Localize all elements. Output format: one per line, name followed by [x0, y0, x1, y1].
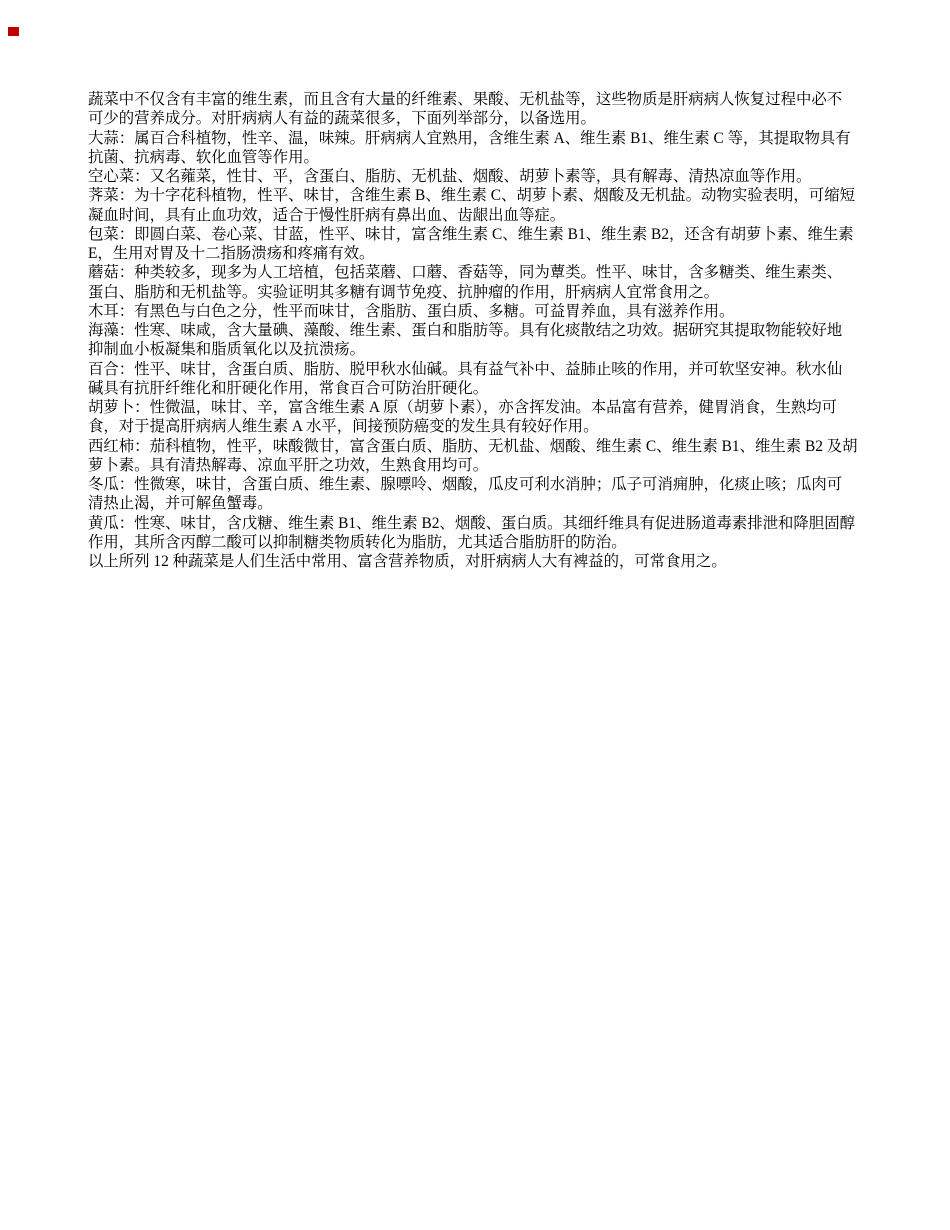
text-line: 蘑菇：种类较多，现多为人工培植，包括菜蘑、口蘑、香菇等，同为蕈类。性平、味甘，含… — [88, 263, 908, 282]
text-line: 凝血时间，具有止血功效，适合于慢性肝病有鼻出血、齿龈出血等症。 — [88, 206, 908, 225]
text-line: 黄瓜：性寒、味甘，含戊糖、维生素 B1、维生素 B2、烟酸、蛋白质。其细纤维具有… — [88, 514, 908, 533]
text-line: 抑制血小板凝集和脂质氧化以及抗溃疡。 — [88, 340, 908, 359]
text-line: 西红柿：茄科植物，性平，味酸微甘，富含蛋白质、脂肪、无机盐、烟酸、维生素 C、维… — [88, 437, 908, 456]
text-line: 包菜：即圆白菜、卷心菜、甘蓝，性平、味甘，富含维生素 C、维生素 B1、维生素 … — [88, 225, 908, 244]
text-line: 大蒜：属百合科植物，性辛、温，味辣。肝病病人宜熟用，含维生素 A、维生素 B1、… — [88, 129, 908, 148]
text-line: 作用，其所含丙醇二酸可以抑制糖类物质转化为脂肪，尤其适合脂肪肝的防治。 — [88, 533, 908, 552]
text-line: E，生用对胃及十二指肠溃疡和疼痛有效。 — [88, 244, 908, 263]
text-line: 蛋白、脂肪和无机盐等。实验证明其多糖有调节免疫、抗肿瘤的作用，肝病病人宜常食用之… — [88, 283, 908, 302]
text-line: 萝卜素。具有清热解毒、凉血平肝之功效，生熟食用均可。 — [88, 456, 908, 475]
text-line: 胡萝卜：性微温，味甘、辛，富含维生素 A 原（胡萝卜素），亦含挥发油。本品富有营… — [88, 398, 908, 417]
text-line: 以上所列 12 种蔬菜是人们生活中常用、富含营养物质，对肝病病人大有裨益的，可常… — [88, 552, 908, 571]
text-line: 食，对于提高肝病病人维生素 A 水平，间接预防癌变的发生具有较好作用。 — [88, 417, 908, 436]
article-text-block: 蔬菜中不仅含有丰富的维生素，而且含有大量的纤维素、果酸、无机盐等，这些物质是肝病… — [88, 90, 908, 571]
text-line: 冬瓜：性微寒，味甘，含蛋白质、维生素、腺嘌呤、烟酸，瓜皮可利水消肿；瓜子可消痈肿… — [88, 475, 908, 494]
text-line: 蔬菜中不仅含有丰富的维生素，而且含有大量的纤维素、果酸、无机盐等，这些物质是肝病… — [88, 90, 908, 109]
text-line: 碱具有抗肝纤维化和肝硬化作用，常食百合可防治肝硬化。 — [88, 379, 908, 398]
text-line: 空心菜：又名蕹菜，性甘、平，含蛋白、脂肪、无机盐、烟酸、胡萝卜素等，具有解毒、清… — [88, 167, 908, 186]
red-square-marker-icon — [8, 27, 19, 36]
text-line: 木耳：有黑色与白色之分，性平而味甘，含脂肪、蛋白质、多糖。可益胃养血，具有滋养作… — [88, 302, 908, 321]
text-line: 清热止渴，并可解鱼蟹毒。 — [88, 494, 908, 513]
text-line: 荠菜：为十字花科植物，性平、味甘，含维生素 B、维生素 C、胡萝卜素、烟酸及无机… — [88, 186, 908, 205]
text-line: 可少的营养成分。对肝病病人有益的蔬菜很多，下面列举部分，以备选用。 — [88, 109, 908, 128]
text-line: 百合：性平、味甘，含蛋白质、脂肪、脱甲秋水仙碱。具有益气补中、益肺止咳的作用，并… — [88, 360, 908, 379]
text-line: 海藻：性寒、味咸，含大量碘、藻酸、维生素、蛋白和脂肪等。具有化痰散结之功效。据研… — [88, 321, 908, 340]
document-page: 蔬菜中不仅含有丰富的维生素，而且含有大量的纤维素、果酸、无机盐等，这些物质是肝病… — [0, 0, 950, 1230]
text-line: 抗菌、抗病毒、软化血管等作用。 — [88, 148, 908, 167]
